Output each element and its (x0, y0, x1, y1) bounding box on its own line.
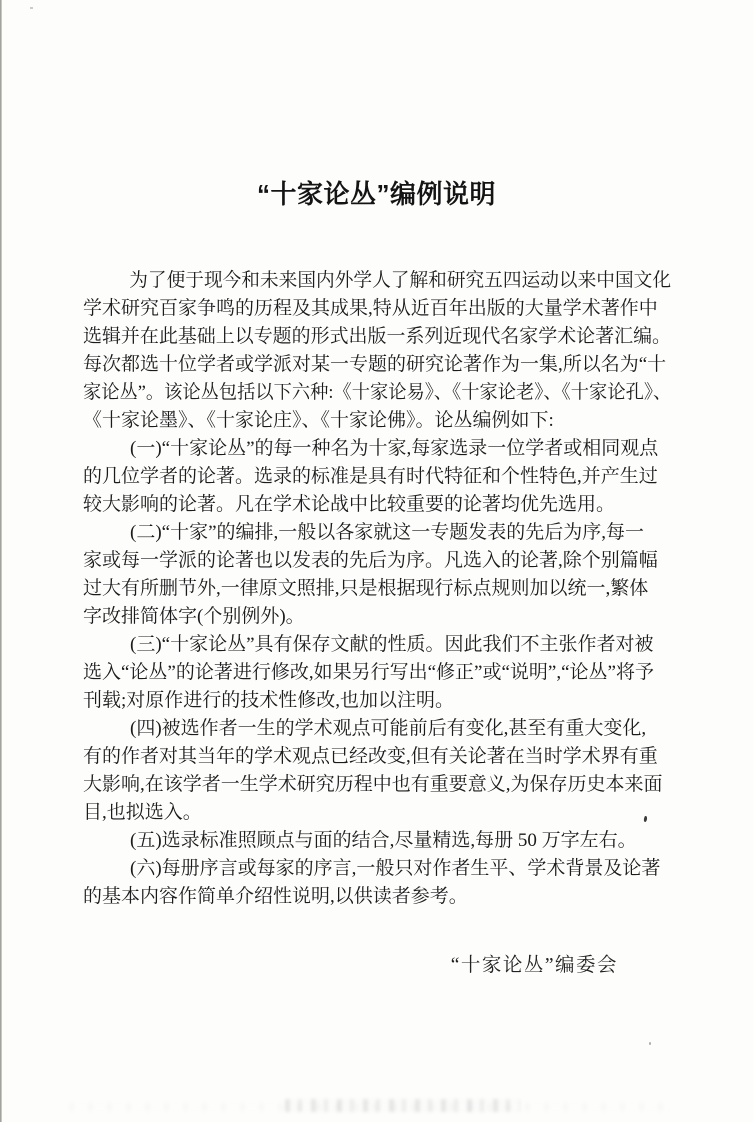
text-line: 刊载;对原作进行的技术性修改,也加以注明。 (83, 687, 671, 715)
text-line: 学术研究百家争鸣的历程及其成果,特从近百年出版的大量学术著作中 (83, 295, 671, 323)
paragraph: (五)选录标准照顾点与面的结合,尽量精选,每册 50 万字左右。 (83, 827, 671, 855)
text-line: 家或每一学派的论著也以发表的先后为序。凡选入的论著,除个别篇幅 (83, 547, 671, 575)
text-line: 《十家论墨》、《十家论庄》、《十家论佛》。论丛编例如下: (83, 407, 671, 435)
text-line: 字改排简体字(个别例外)。 (83, 603, 671, 631)
text-line: (二)“十家”的编排,一般以各家就这一专题发表的先后为序,每一 (83, 519, 671, 547)
text-line: 为了便于现今和未来国内外学人了解和研究五四运动以来中国文化 (83, 267, 661, 295)
text-line: (一)“十家论丛”的每一种名为十家,每家选录一位学者或相同观点 (83, 435, 671, 463)
text-line: (四)被选作者一生的学术观点可能前后有变化,甚至有重大变化, (83, 715, 671, 743)
paragraph: (一)“十家论丛”的每一种名为十家,每家选录一位学者或相同观点 的几位学者的论著… (83, 435, 671, 519)
paragraph: (二)“十家”的编排,一般以各家就这一专题发表的先后为序,每一 家或每一学派的论… (83, 519, 671, 631)
paragraph: (三)“十家论丛”具有保存文献的性质。因此我们不主张作者对被 选入“论丛”的论著… (83, 631, 671, 715)
text-line: 每次都选十位学者或学派对某一专题的研究论著作为一集,所以名为“十 (83, 351, 671, 379)
text-line: (五)选录标准照顾点与面的结合,尽量精选,每册 50 万字左右。 (83, 827, 671, 855)
text-line: 的几位学者的论著。选录的标准是具有时代特征和个性特色,并产生过 (83, 463, 671, 491)
text-line: 的基本内容作简单介绍性说明,以供读者参考。 (83, 883, 671, 911)
text-line: 选辑并在此基础上以专题的形式出版一系列近现代名家学术论著汇编。 (83, 323, 670, 351)
text-line: 大影响,在该学者一生学术研究历程中也有重要意义,为保存历史本来面 (83, 771, 671, 799)
text-line: 目,也拟选入。 (83, 799, 671, 827)
text-line: 家论丛”。该论丛包括以下六种:《十家论易》、《十家论老》、《十家论孔》、 (83, 379, 648, 407)
page-title: “十家论丛”编例说明 (0, 176, 753, 212)
document-body: 为了便于现今和未来国内外学人了解和研究五四运动以来中国文化 学术研究百家争鸣的历… (83, 267, 671, 911)
paragraph: 为了便于现今和未来国内外学人了解和研究五四运动以来中国文化 学术研究百家争鸣的历… (83, 267, 671, 435)
text-line: (六)每册序言或每家的序言,一般只对作者生平、学术背景及论著 (83, 855, 671, 883)
bleed-through-smudge (285, 1099, 520, 1112)
paragraph: (六)每册序言或每家的序言,一般只对作者生平、学术背景及论著 的基本内容作简单介… (83, 855, 671, 911)
text-line: 较大影响的论著。凡在学术论战中比较重要的论著均优先选用。 (83, 491, 671, 519)
scan-speck (30, 7, 33, 9)
paragraph: (四)被选作者一生的学术观点可能前后有变化,甚至有重大变化, 有的作者对其当年的… (83, 715, 671, 827)
scan-edge-line (0, 0, 2, 1122)
text-line: 有的作者对其当年的学术观点已经改变,但有关论著在当时学术界有重 (83, 743, 671, 771)
text-line: 选入“论丛”的论著进行修改,如果另行写出“修正”或“说明”,“论丛”将予 (83, 659, 671, 687)
ink-speck (649, 1042, 651, 1045)
signature: “十家论丛”编委会 (451, 949, 618, 977)
text-line: (三)“十家论丛”具有保存文献的性质。因此我们不主张作者对被 (83, 631, 671, 659)
book-page: “十家论丛”编例说明 为了便于现今和未来国内外学人了解和研究五四运动以来中国文化… (0, 0, 753, 1122)
text-line: 过大有所删节外,一律原文照排,只是根据现行标点规则加以统一,繁体 (83, 575, 671, 603)
